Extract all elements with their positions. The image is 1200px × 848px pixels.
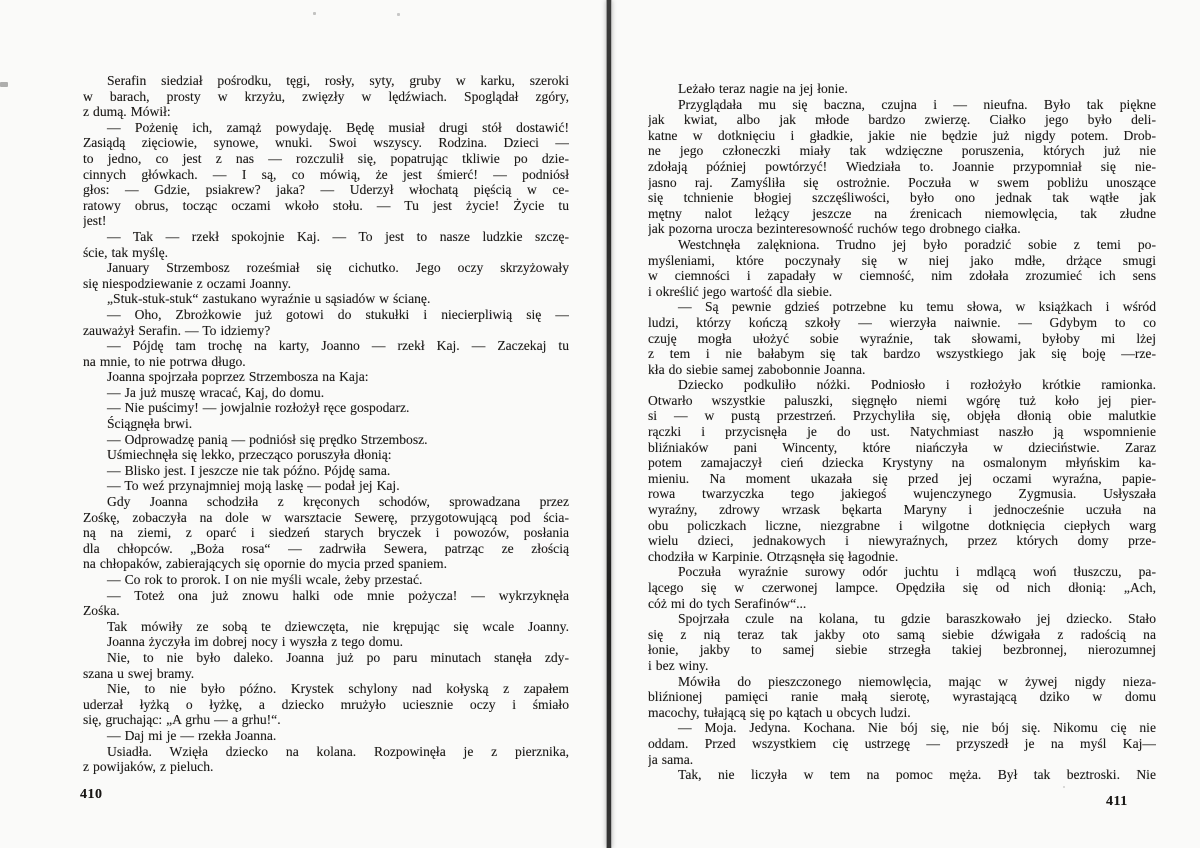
text-line: cóż mi do tych Serafinów“... bbox=[648, 596, 1156, 612]
paragraph: — Tak — rzekł spokojnie Kaj. — To jest t… bbox=[83, 229, 569, 260]
text-line: si — w pustą przestrzeń. Przychyliła się… bbox=[648, 408, 1156, 424]
text-line: oddam. Przed wszystkiem cię ustrzegę — p… bbox=[648, 736, 1156, 752]
text-line: jest! bbox=[83, 213, 569, 229]
text-line: Otwarło wszystkie paluszki, sięgnęło nie… bbox=[648, 393, 1156, 409]
paragraph: Nie, to nie było daleko. Joanna już po p… bbox=[83, 650, 569, 681]
text-line: ną na ziemi, z oparć i siedzeń starych b… bbox=[83, 525, 569, 541]
left-page-text: Serafin siedział pośrodku, tęgi, rosły, … bbox=[83, 73, 569, 775]
text-line: głos: — Gdzie, psiakrew? jaka? — Uderzył… bbox=[83, 182, 569, 198]
text-line: wielu dzieci, jednakowych i niewyraźnych… bbox=[648, 533, 1156, 549]
paragraph: Tak, nie liczyła w tem na pomoc męża. By… bbox=[648, 767, 1156, 783]
text-line: Usiadła. Wzięła dziecko na kolana. Rozpo… bbox=[83, 744, 569, 760]
text-line: Leżało teraz nagie na jej łonie. bbox=[648, 81, 1156, 97]
scan-artifact bbox=[1063, 786, 1065, 788]
text-line: ja sama. bbox=[648, 752, 1156, 768]
text-line: jak kwiat, albo jak młode bardzo zwierzę… bbox=[648, 112, 1156, 128]
text-line: rączki i przycisnęła je do ust. Natychmi… bbox=[648, 424, 1156, 440]
paragraph: — Są pewnie gdzieś potrzebne ku temu sło… bbox=[648, 299, 1156, 377]
text-line: — Tak — rzekł spokojnie Kaj. — To jest t… bbox=[83, 229, 569, 245]
paragraph: Usiadła. Wzięła dziecko na kolana. Rozpo… bbox=[83, 744, 569, 775]
text-line: — Oho, Zbrożkowie już gotowi do stukułki… bbox=[83, 307, 569, 323]
paragraph: Nie, to nie było późno. Krystek schylony… bbox=[83, 681, 569, 728]
text-line: Nie, to nie było daleko. Joanna już po p… bbox=[83, 650, 569, 666]
paragraph: Przyglądała mu się baczna, czujna i — ni… bbox=[648, 97, 1156, 237]
paragraph: Joanna życzyła im dobrej nocy i wyszła z… bbox=[83, 634, 569, 650]
text-line: — To weź przynajmniej moją laskę — podał… bbox=[83, 478, 569, 494]
text-line: Serafin siedział pośrodku, tęgi, rosły, … bbox=[83, 73, 569, 89]
right-page-text: Leżało teraz nagie na jej łonie.Przygląd… bbox=[648, 81, 1156, 783]
text-line: rowa twarzyczka tego jakiegoś wujenczyne… bbox=[648, 486, 1156, 502]
text-line: mieniu. Na moment ukazała się przed jej … bbox=[648, 471, 1156, 487]
text-line: się, gruchając: „A grhu — a grhu!“. bbox=[83, 712, 569, 728]
text-line: z dumą. Mówił: bbox=[83, 104, 569, 120]
text-line: Tak mówiły ze sobą te dziewczęta, nie kr… bbox=[83, 619, 569, 635]
right-page-number: 411 bbox=[1106, 794, 1128, 810]
text-line: — Blisko jest. I jeszcze nie tak późno. … bbox=[83, 463, 569, 479]
text-line: ście, tak myślę. bbox=[83, 245, 569, 261]
text-line: — Pójdę tam trochę na karty, Joanno — rz… bbox=[83, 338, 569, 354]
text-line: kła do siebie samej zabobonnie Joanna. bbox=[648, 362, 1156, 378]
text-line: Uśmiechnęła się lekko, przecząco poruszy… bbox=[83, 447, 569, 463]
text-line: bliźniaków pani Wincenty, które niańczył… bbox=[648, 440, 1156, 456]
text-line: łonie, jakby to samej siebie strzegła ta… bbox=[648, 642, 1156, 658]
text-line: Zośkę, zobaczyła na dole w warsztacie Se… bbox=[83, 510, 569, 526]
paragraph: — Moja. Jedyna. Kochana. Nie bój się, ni… bbox=[648, 720, 1156, 767]
text-line: wyraźny, zdrowy wrzask bękarta Maryny i … bbox=[648, 502, 1156, 518]
scan-artifact bbox=[0, 82, 8, 87]
text-line: katne w dotknięciu i gładkie, jakie nie … bbox=[648, 128, 1156, 144]
text-line: Zasiądą zięciowie, synowe, wnuki. Swoi w… bbox=[83, 135, 569, 151]
text-line: Poczuła wyraźnie surowy odór juchtu i md… bbox=[648, 564, 1156, 580]
paragraph: — To weź przynajmniej moją laskę — podał… bbox=[83, 478, 569, 494]
text-line: Mówiła do pieszczonego niemowlęcia, mają… bbox=[648, 674, 1156, 690]
text-line: „Stuk-stuk-stuk“ zastukano wyraźnie u są… bbox=[83, 291, 569, 307]
text-line: — Ja już muszę wracać, Kaj, do domu. bbox=[83, 385, 569, 401]
paragraph: — Nie puścimy! — jowjalnie rozłożył ręce… bbox=[83, 400, 569, 416]
paragraph: — Odprowadzę panią — podniósł się prędko… bbox=[83, 432, 569, 448]
paragraph: — Toteż ona już znowu halki ode mnie poż… bbox=[83, 588, 569, 619]
book-gutter bbox=[606, 0, 612, 848]
text-line: potem zamajaczył cień dziecka Krystyny n… bbox=[648, 455, 1156, 471]
text-line: Dziecko podkuliło nóżki. Podniosło i roz… bbox=[648, 377, 1156, 393]
text-line: Zośka. bbox=[83, 603, 569, 619]
text-line: myśleniami, które poczynały się w niej j… bbox=[648, 253, 1156, 269]
paragraph: — Pożenię ich, zamąż powydaję. Będę musi… bbox=[83, 120, 569, 229]
text-line: obu policzkach liczne, niezgrabne i wilg… bbox=[648, 518, 1156, 534]
scan-artifact bbox=[397, 13, 400, 16]
paragraph: January Strzembosz roześmiał się cichutk… bbox=[83, 260, 569, 291]
paragraph: — Co rok to prorok. I on nie myśli wcale… bbox=[83, 572, 569, 588]
paragraph: Serafin siedział pośrodku, tęgi, rosły, … bbox=[83, 73, 569, 120]
paragraph: — Daj mi je — rzekła Joanna. bbox=[83, 728, 569, 744]
text-line: uderzał łyżką o łyżkę, a dziecko mrużyło… bbox=[83, 697, 569, 713]
text-line: — Odprowadzę panią — podniósł się prędko… bbox=[83, 432, 569, 448]
text-line: z powijaków, z pieluch. bbox=[83, 759, 569, 775]
paragraph: — Pójdę tam trochę na karty, Joanno — rz… bbox=[83, 338, 569, 369]
text-line: dla chłopców. „Boża rosa“ — zadrwiła Sew… bbox=[83, 541, 569, 557]
text-line: zdołają później powtórzyć! Wiedziała to.… bbox=[648, 159, 1156, 175]
paragraph: — Ja już muszę wracać, Kaj, do domu. bbox=[83, 385, 569, 401]
text-line: Nie, to nie było późno. Krystek schylony… bbox=[83, 681, 569, 697]
paragraph: Dziecko podkuliło nóżki. Podniosło i roz… bbox=[648, 377, 1156, 564]
text-line: czuję mogła ułożyć sobie wyraźnie, tak s… bbox=[648, 331, 1156, 347]
text-line: jak pozorna urocza bezinteresowność ruch… bbox=[648, 221, 1156, 237]
text-line: ludzi, którzy kończą szkoły — wierzyła n… bbox=[648, 315, 1156, 331]
scan-artifact bbox=[313, 12, 316, 15]
text-line: Joanna życzyła im dobrej nocy i wyszła z… bbox=[83, 634, 569, 650]
text-line: jasno raj. Zamyśliła się ostrożnie. Pocz… bbox=[648, 175, 1156, 191]
paragraph: — Oho, Zbrożkowie już gotowi do stukułki… bbox=[83, 307, 569, 338]
paragraph: Westchnęła zalękniona. Trudno jej było p… bbox=[648, 237, 1156, 299]
text-line: zauważył Serafin. — To idziemy? bbox=[83, 323, 569, 339]
text-line: ratowy obrus, tocząc oczami wkoło stołu.… bbox=[83, 198, 569, 214]
text-line: szana u swej bramy. bbox=[83, 666, 569, 682]
text-line: — Co rok to prorok. I on nie myśli wcale… bbox=[83, 572, 569, 588]
text-line: to jedno, co jest z nas — rozczulił się,… bbox=[83, 151, 569, 167]
text-line: Tak, nie liczyła w tem na pomoc męża. By… bbox=[648, 767, 1156, 783]
text-line: — Toteż ona już znowu halki ode mnie poż… bbox=[83, 588, 569, 604]
text-line: Joanna spojrzała poprzez Strzembosza na … bbox=[83, 369, 569, 385]
text-line: — Pożenię ich, zamąż powydaję. Będę musi… bbox=[83, 120, 569, 136]
text-line: i bez winy. bbox=[648, 658, 1156, 674]
text-line: i określić jego wartość dla siebie. bbox=[648, 284, 1156, 300]
paragraph: „Stuk-stuk-stuk“ zastukano wyraźnie u są… bbox=[83, 291, 569, 307]
text-line: Spojrzała czule na kolana, tu gdzie bara… bbox=[648, 611, 1156, 627]
text-line: — Nie puścimy! — jowjalnie rozłożył ręce… bbox=[83, 400, 569, 416]
text-line: — Moja. Jedyna. Kochana. Nie bój się, ni… bbox=[648, 720, 1156, 736]
text-line: w ciemności i zapadały w ciemność, nim z… bbox=[648, 268, 1156, 284]
paragraph: Spojrzała czule na kolana, tu gdzie bara… bbox=[648, 611, 1156, 673]
text-line: na mnie, to nie potrwa długo. bbox=[83, 354, 569, 370]
text-line: Westchnęła zalękniona. Trudno jej było p… bbox=[648, 237, 1156, 253]
paragraph: Gdy Joanna schodziła z kręconych schodów… bbox=[83, 494, 569, 572]
text-line: — Daj mi je — rzekła Joanna. bbox=[83, 728, 569, 744]
text-line: Przyglądała mu się baczna, czujna i — ni… bbox=[648, 97, 1156, 113]
text-line: się niespodziewanie z oczami Joanny. bbox=[83, 276, 569, 292]
text-line: macochy, tułającą się po kątach u obcych… bbox=[648, 705, 1156, 721]
text-line: z tem i nie bałabym się tak bardzo wszys… bbox=[648, 346, 1156, 362]
text-line: w barach, prosty w krzyżu, zwięzły w lęd… bbox=[83, 89, 569, 105]
text-line: się z nią teraz tak jakby oto samą siebi… bbox=[648, 627, 1156, 643]
text-line: cinnych główkach. — I są, co mówią, że j… bbox=[83, 167, 569, 183]
left-page-number: 410 bbox=[80, 787, 103, 803]
text-line: lącego się w czerwonej lampce. Opędziła … bbox=[648, 580, 1156, 596]
text-line: się tchnienie błogiej szczęśliwości, był… bbox=[648, 190, 1156, 206]
text-line: January Strzembosz roześmiał się cichutk… bbox=[83, 260, 569, 276]
text-line: chodziła w Karpinie. Otrząsnęła się łago… bbox=[648, 549, 1156, 565]
text-line: bliźnionej pamięci ranie małą sierotę, w… bbox=[648, 689, 1156, 705]
text-line: Gdy Joanna schodziła z kręconych schodów… bbox=[83, 494, 569, 510]
paragraph: — Blisko jest. I jeszcze nie tak późno. … bbox=[83, 463, 569, 479]
paragraph: Poczuła wyraźnie surowy odór juchtu i md… bbox=[648, 564, 1156, 611]
text-line: Ściągnęła brwi. bbox=[83, 416, 569, 432]
text-line: — Są pewnie gdzieś potrzebne ku temu sło… bbox=[648, 299, 1156, 315]
paragraph: Leżało teraz nagie na jej łonie. bbox=[648, 81, 1156, 97]
text-line: ne jego członeczki miały tak wdzięczne p… bbox=[648, 143, 1156, 159]
paragraph: Joanna spojrzała poprzez Strzembosza na … bbox=[83, 369, 569, 385]
paragraph: Tak mówiły ze sobą te dziewczęta, nie kr… bbox=[83, 619, 569, 635]
text-line: mętny nalot leżący jeszcze na źrenicach … bbox=[648, 206, 1156, 222]
text-line: na chłopaków, zabierających się opornie … bbox=[83, 556, 569, 572]
paragraph: Uśmiechnęła się lekko, przecząco poruszy… bbox=[83, 447, 569, 463]
paragraph: Ściągnęła brwi. bbox=[83, 416, 569, 432]
paragraph: Mówiła do pieszczonego niemowlęcia, mają… bbox=[648, 674, 1156, 721]
